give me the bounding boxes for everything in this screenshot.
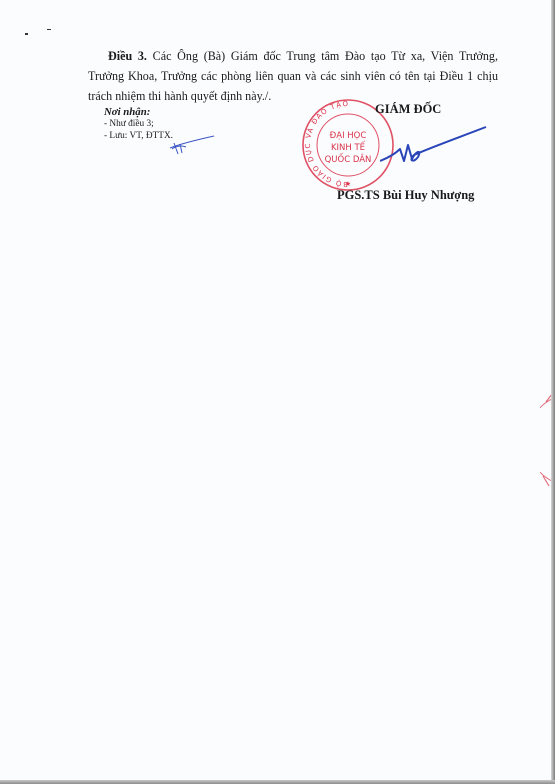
document-page: Điều 3. Các Ông (Bà) Giám đốc Trung tâm … [0, 0, 551, 780]
recipient-item: - Lưu: VT, ĐTTX. [104, 131, 173, 143]
svg-text:★: ★ [345, 180, 351, 188]
initials-icon [168, 134, 216, 156]
signer-title: GIÁM ĐỐC [375, 102, 441, 117]
svg-text:KINH TẾ: KINH TẾ [331, 141, 366, 153]
recipients-block: Nơi nhận: - Như điều 3; - Lưu: VT, ĐTTX. [104, 106, 173, 142]
scan-edge-bottom [0, 780, 555, 784]
svg-text:QUỐC DÂN: QUỐC DÂN [325, 152, 372, 165]
article-text: Các Ông (Bà) Giám đốc Trung tâm Đào tạo … [88, 49, 498, 103]
scan-speck [25, 33, 28, 35]
signature-icon [380, 123, 490, 173]
recipients-heading: Nơi nhận: [104, 106, 173, 119]
scan-edge-right [551, 0, 555, 784]
svg-text:ĐẠI HỌC: ĐẠI HỌC [330, 131, 367, 141]
article-3: Điều 3. Các Ông (Bà) Giám đốc Trung tâm … [88, 46, 498, 106]
signer-name: PGS.TS Bùi Huy Nhượng [337, 188, 474, 203]
recipient-item: - Như điều 3; [104, 119, 173, 131]
article-label: Điều 3. [108, 49, 147, 63]
scan-speck [47, 29, 51, 30]
